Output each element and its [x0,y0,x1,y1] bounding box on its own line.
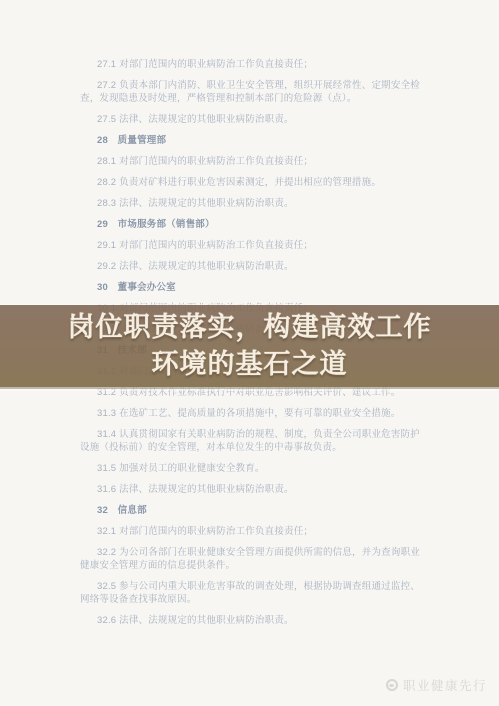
doc-item: 31.4 认真贯彻国家有关职业病防治的规程、制度，负责全公司职业危害防护设施（投… [80,428,420,454]
overlay-title-line-2: 环境的基石之道 [152,346,348,383]
section-heading: 32 信息部 [80,504,420,517]
doc-item: 32.2 为公司各部门在职业健康安全管理方面提供所需的信息，并为查询职业健康安全… [80,546,420,572]
section-heading: 30 董事会办公室 [80,281,420,294]
doc-item: 28.2 负责对矿料进行职业危害因素测定，并提出相应的管理措施。 [80,176,420,189]
section-heading: 29 市场服务部（销售部） [80,218,420,231]
doc-item: 27.2 负责本部门内消防、职业卫生安全管理，组织开展经常性、定期安全检查，发现… [80,79,420,105]
title-overlay-band: 岗位职责落实，构建高效工作 环境的基石之道 [0,305,499,387]
doc-item: 27.1 对部门范围内的职业病防治工作负直接责任； [80,58,420,71]
section-heading: 28 质量管理部 [80,134,420,147]
circle-swirl-logo-icon [386,679,398,691]
doc-item: 28.1 对部门范围内的职业病防治工作负直接责任； [80,155,420,168]
watermark: 职业健康先行 [386,676,487,694]
watermark-text: 职业健康先行 [403,676,487,694]
doc-item: 32.6 法律、法规规定的其他职业病防治职责。 [80,614,420,627]
doc-item: 31.5 加强对员工的职业健康安全教育。 [80,462,420,475]
doc-item: 31.6 法律、法规规定的其他职业病防治职责。 [80,483,420,496]
doc-item: 29.1 对部门范围内的职业病防治工作负直接责任； [80,239,420,252]
doc-item: 31.2 负责对技术作业标准执行中对职业危害影响相关评价、建议工作。 [80,386,420,399]
doc-item: 27.5 法律、法规规定的其他职业病防治职责。 [80,113,420,126]
doc-item: 28.3 法律、法规规定的其他职业病防治职责。 [80,197,420,210]
doc-item: 32.5 参与公司内重大职业危害事故的调查处理，根据协助调查组通过监控、网络等设… [80,580,420,606]
doc-item: 31.3 在选矿工艺、提高质量的各项措施中，要有可靠的职业安全措施。 [80,407,420,420]
page: 27.1 对部门范围内的职业病防治工作负直接责任；27.2 负责本部门内消防、职… [0,0,499,706]
doc-item: 32.1 对部门范围内的职业病防治工作负直接责任； [80,525,420,538]
doc-item: 29.2 法律、法规规定的其他职业病防治职责。 [80,260,420,273]
overlay-title-line-1: 岗位职责落实，构建高效工作 [68,309,432,346]
